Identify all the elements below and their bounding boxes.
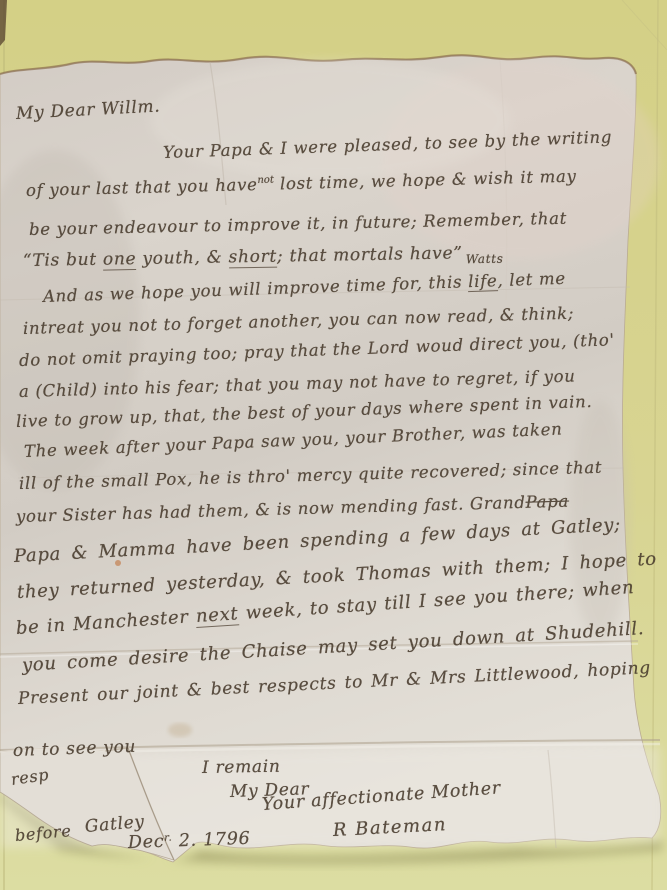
letter-line: And as we hope you will improve time for… — [43, 269, 566, 306]
salutation: My Dear Willm. — [15, 96, 160, 124]
underlined-word: life — [468, 271, 498, 292]
struck-word: Papa — [525, 492, 569, 512]
handwriting-layer: My Dear Willm. Your Papa & I were please… — [0, 0, 667, 890]
quote-attribution: Watts — [466, 252, 504, 267]
closing-remain: I remain — [202, 757, 281, 778]
letter-line: of your last that you havenot lost time,… — [26, 167, 577, 200]
line-text: of your last that you have — [26, 175, 258, 200]
letter-line: Your Papa & I were pleased, to see by th… — [163, 127, 613, 162]
line-text: be in Manchester — [15, 606, 196, 639]
torn-line-fragment: on to see you — [13, 737, 137, 761]
letter-line: ill of the small Pox, he is thro' mercy … — [19, 458, 603, 493]
quote-line: “Tis but one youth, & short; that mortal… — [23, 243, 504, 274]
line-text: ; that mortals have” — [277, 243, 463, 266]
line-text: lost time, we hope & wish it may — [274, 167, 577, 194]
inserted-word: not — [257, 175, 274, 186]
letter-line: intreat you not to forget another, you c… — [23, 304, 575, 338]
torn-word-fragment: resp — [10, 765, 51, 789]
line-text: , let me — [497, 269, 566, 290]
signature: R Bateman — [332, 814, 447, 841]
dateline-date: Decr. 2. 1796 — [128, 829, 251, 853]
underlined-word: next — [195, 603, 239, 628]
letter-line: be your endeavour to improve it, in futu… — [29, 209, 567, 239]
line-text: your Sister has had them, & is now mendi… — [16, 493, 526, 526]
line-text: Dec — [128, 832, 165, 853]
line-text: 2. 1796 — [172, 829, 251, 852]
line-text: youth, & — [136, 247, 229, 269]
letter-line: do not omit praying too; pray that the L… — [19, 330, 615, 370]
flap-word-fragment: before — [14, 821, 72, 845]
underlined-word: short — [228, 247, 277, 269]
line-text: And as we hope you will improve time for… — [43, 272, 469, 306]
line-text: “Tis but — [23, 250, 103, 271]
underlined-word: one — [103, 249, 137, 271]
letter-photograph: My Dear Willm. Your Papa & I were please… — [0, 0, 667, 890]
